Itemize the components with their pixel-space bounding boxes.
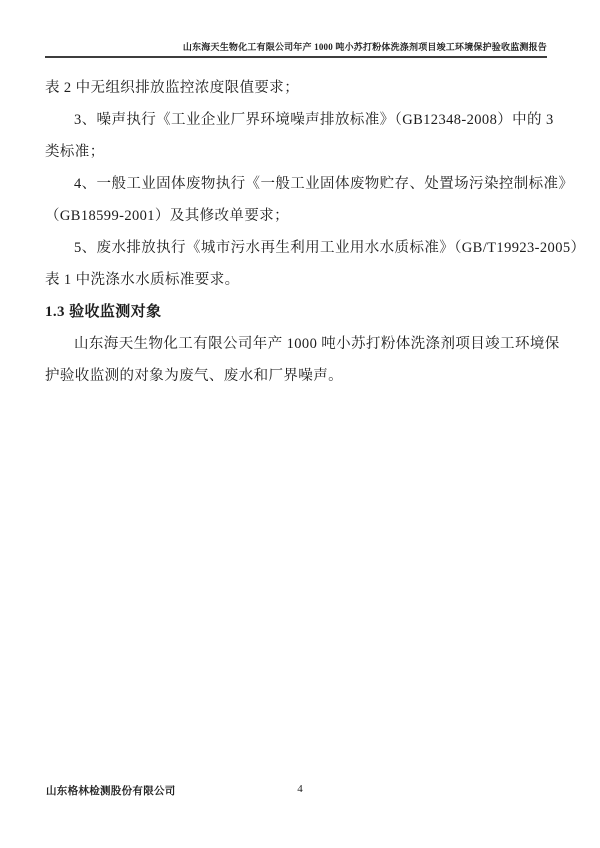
- section-paragraph-line-2: 护验收监测的对象为废气、废水和厂界噪声。: [45, 360, 565, 392]
- document-page: 山东海天生物化工有限公司年产 1000 吨小苏打粉体洗涤剂项目竣工环境保护验收监…: [0, 0, 600, 848]
- standards-line-5: （GB18599-2001）及其修改单要求；: [45, 200, 565, 232]
- standards-line-6: 5、废水排放执行《城市污水再生利用工业用水水质标准》（GB/T19923-200…: [45, 232, 565, 264]
- standards-line-7: 表 1 中洗涤水水质标准要求。: [45, 264, 565, 296]
- document-body: 表 2 中无组织排放监控浓度限值要求； 3、噪声执行《工业企业厂界环境噪声排放标…: [45, 72, 565, 392]
- standards-line-4: 4、一般工业固体废物执行《一般工业固体废物贮存、处置场污染控制标准》: [45, 168, 565, 200]
- section-paragraph-line-1: 山东海天生物化工有限公司年产 1000 吨小苏打粉体洗涤剂项目竣工环境保: [45, 328, 565, 360]
- footer-page-number: 4: [0, 783, 600, 795]
- page-header-title: 山东海天生物化工有限公司年产 1000 吨小苏打粉体洗涤剂项目竣工环境保护验收监…: [45, 40, 547, 53]
- standards-line-2: 3、噪声执行《工业企业厂界环境噪声排放标准》（GB12348-2008）中的 3: [45, 104, 565, 136]
- section-heading-1-3: 1.3 验收监测对象: [45, 296, 565, 328]
- header-rule: [45, 56, 547, 58]
- standards-line-3: 类标准；: [45, 136, 565, 168]
- standards-line-1: 表 2 中无组织排放监控浓度限值要求；: [45, 72, 565, 104]
